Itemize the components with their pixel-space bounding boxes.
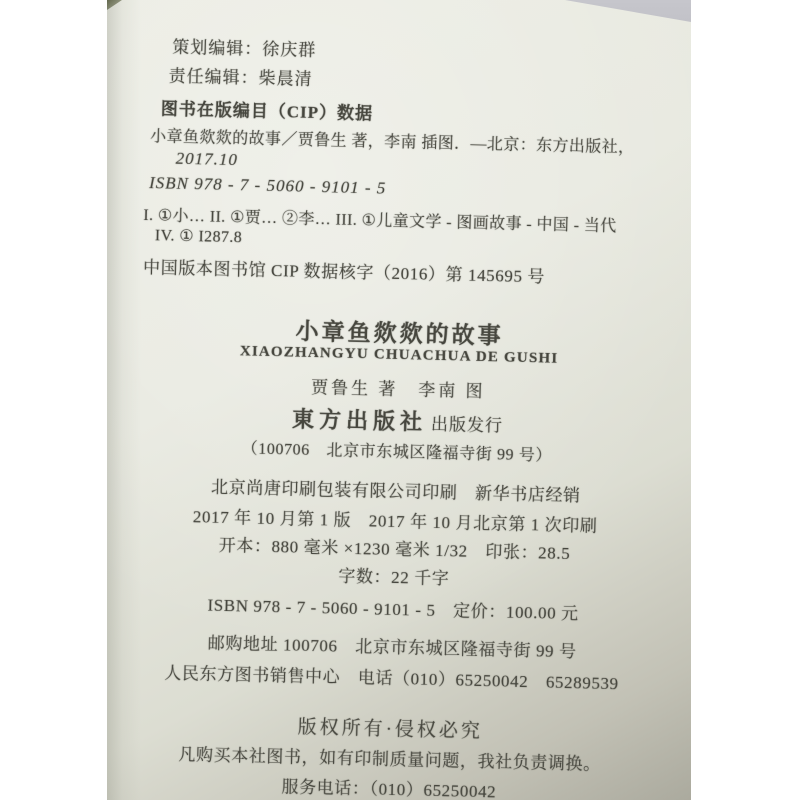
sales-center-line: 人民东方图书销售中心 电话（010）65250042 65289539 (107, 657, 684, 696)
book-page-photo: 策划编辑：徐庆群 责任编辑：柴晨清 图书在版编目（CIP）数据 小章鱼欻欻的故事… (0, 0, 800, 800)
isbn-price-line: ISBN 978 - 7 - 5060 - 9101 - 5 定价：100.00… (107, 588, 685, 627)
publisher-logotype: 東方出版社 (292, 407, 428, 435)
cip-isbn-line: ISBN 978 - 7 - 5060 - 9101 - 5 (149, 173, 387, 199)
copyright-page: 策划编辑：徐庆群 责任编辑：柴晨清 图书在版编目（CIP）数据 小章鱼欻欻的故事… (107, 0, 691, 800)
planning-editor-line: 策划编辑：徐庆群 (172, 33, 317, 61)
cip-classification-line2: IV. ① I287.8 (155, 225, 243, 247)
cip-entry-line2: 2017.10 (175, 149, 238, 170)
colophon-content: 策划编辑：徐庆群 责任编辑：柴晨清 图书在版编目（CIP）数据 小章鱼欻欻的故事… (107, 0, 691, 800)
publisher-suffix: 出版发行 (431, 415, 503, 436)
executive-editor-line: 责任编辑：柴晨清 (168, 61, 313, 89)
cip-heading: 图书在版编目（CIP）数据 (161, 94, 374, 124)
cip-record-number-line: 中国版本图书馆 CIP 数据核字（2016）第 145695 号 (143, 253, 546, 287)
